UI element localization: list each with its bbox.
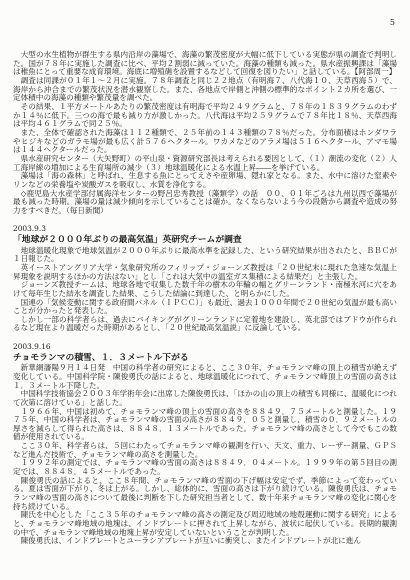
article-paragraph: １９６６年、中国は初めて、チョモランマ峰の頂上の雪面の高さを８８４９．７５メート…: [13, 408, 397, 443]
article-paragraph: 国連の「気候変動に関する政府間パネル（ＩＰＣＣ）」も最近、過去１０００年間で２０…: [13, 299, 397, 316]
article-paragraph: １９９２年の測定では、チョモランマ峰の雪面の高さは８８４９．０４メートル。１９９…: [13, 459, 397, 476]
article-chomolungma-snow: 2003.9.16 チョモランマの積雪、１．３メートル下がる 新華網瀋陽９月１４…: [13, 343, 397, 546]
document-page: 5 大型の水生植物が群生する県内沿岸の藻場で、海藻の繁茂密度が大幅に低下している…: [0, 0, 410, 580]
article-paragraph: ◇鹿児島大水産学部付属海洋センターの野呂忠秀教授（藻類学）の話 ００、０１年ごろ…: [13, 190, 397, 216]
article-paragraph: 陳氏を中心とした「ここ３５年のチョモランマ峰の高さの測定及び周辺地域の地殻運動に…: [13, 511, 397, 537]
article-headline: チョモランマの積雪、１．３メートル下がる: [13, 353, 397, 364]
article-paragraph: 地球温暖化現象で地球気温が２０００年ぶりに最高水準を記録した、という研究結果が出…: [13, 247, 397, 264]
article-paragraph: 中国科学技術協会２００３年学術年会に出席した陳俊勇氏は、「ほかの山の頂上の積雪も…: [13, 390, 397, 407]
article-paragraph: その結果、１平方メートルあたりの繁茂密度は有明海で平均２４９グラムと、７８年の１…: [13, 103, 397, 129]
article-paragraph: ここ３０年、科学者らは、５回にわたってチョモランマ峰の観測を行い、天文、重力、レ…: [13, 442, 397, 459]
article-paragraph: また、全体で確認された海藻は１１２種類で、２５年前の１４３種類の７８％だった。分…: [13, 129, 397, 155]
page-number: 5: [13, 18, 397, 27]
article-paragraph: 大型の水生植物が群生する県内沿岸の藻場で、海藻の繁茂密度が大幅に低下している実態…: [13, 51, 397, 77]
article-paragraph: ジョーンズ教授チームは、地球各地で収集した数千年の樹木の年輪の幅とグリーンランド…: [13, 281, 397, 298]
article-paragraph: 新華網瀋陽９月１４日発 中国の科学者の研究によると、ここ３０年、チョモランマ峰の…: [13, 364, 397, 390]
article-paragraph: 陳俊勇氏の話によると、ここ８年間、チョモランマ峰の雪面の下げ幅は安定でず、季節に…: [13, 477, 397, 512]
article-date: 2003.9.16: [13, 343, 397, 352]
article-date: 2003.9.3: [13, 225, 397, 234]
article-headline: 「地球が２０００年ぶりの最高気温」英研究チームが調査: [13, 235, 397, 246]
article-paragraph: 藻場は「海の森林」と呼ばれ、生息する魚にとってえさや産卵場、隠れ家となる。また、…: [13, 172, 397, 189]
article-global-temperature: 2003.9.3 「地球が２０００年ぶりの最高気温」英研究チームが調査 地球温暖…: [13, 225, 397, 333]
article-paragraph: 英イーストアングリア大学・気象研究所のフィリップ・ジョーンズ教授は「２０世紀末に…: [13, 264, 397, 281]
article-paragraph: 陳俊勇氏は、インドプレートとユーラシアプレートが互いに衝突し、またインドプレート…: [13, 537, 397, 546]
article-seaweed-survey: 大型の水生植物が群生する県内沿岸の藻場で、海藻の繁茂密度が大幅に低下している実態…: [13, 51, 397, 215]
article-paragraph: 県水産研究センター（大矢野町）の平山泉・資源研究部長は考えられる要因として、（１…: [13, 155, 397, 172]
article-paragraph: 調査は同課が０１年１～２月に実施。７８年調査と同じ２２地点（有明海７、八代海１０…: [13, 77, 397, 103]
article-paragraph: しかし一部の科学者らは、過去にバイキングがグリーンランドに定着地を建設し、英北部…: [13, 316, 397, 333]
